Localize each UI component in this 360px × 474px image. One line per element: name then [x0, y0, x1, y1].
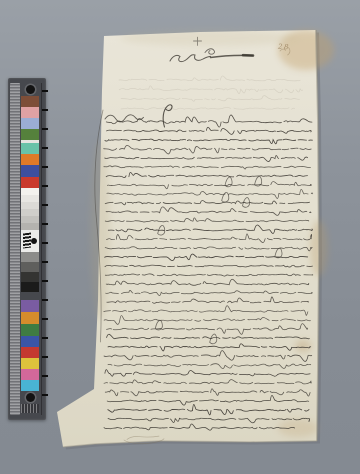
digitization-photo-stage: 28 [0, 0, 360, 474]
top-edge-tone [120, 30, 300, 46]
spot-stain-right-mid [295, 340, 311, 352]
folio-number: 28 [278, 43, 290, 52]
manuscript-page-svg [0, 0, 360, 474]
manuscript-page: 28 [0, 0, 360, 474]
